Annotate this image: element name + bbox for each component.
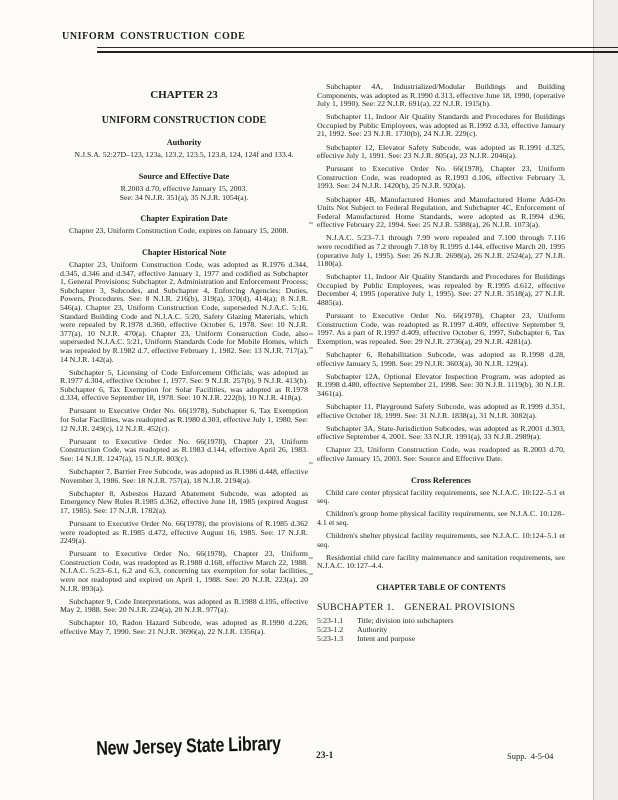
historical-note-paragraph: Chapter 23, Uniform Construction Code, w… [317,446,565,463]
running-header-title: UNIFORM CONSTRUCTION CODE [62,31,245,42]
historical-note-paragraph: Subchapter 4A, Industrialized/Modular Bu… [317,83,565,109]
authority-citation: N.J.S.A. 52:27D–123, 123a, 123.2, 123.5,… [60,151,308,160]
historical-note-paragraph: Subchapter 12, Elevator Safety Subcode, … [317,144,565,161]
historical-note-paragraph: Subchapter 11, Indoor Air Quality Standa… [317,113,565,139]
toc-entry: 5:23-1.2 Authority [317,625,565,634]
historical-note-paragraph: Subchapter 5, Licensing of Code Enforcem… [60,369,308,403]
authority-heading: Authority [60,138,308,147]
historical-note-paragraph: Pursuant to Executive Order No. 66(1978)… [60,438,308,464]
toc-entry: 5:23-1.1 Title; division into subchapter… [317,616,565,625]
historical-note-paragraph: Pursuant to Executive Order No. 66(1978)… [317,312,565,346]
historical-note-paragraph: Subchapter 3A, State-Jurisdiction Subcod… [317,425,565,442]
cross-reference-item: Child care center physical facility requ… [317,489,565,506]
subchapter-title: GENERAL PROVISIONS [404,602,515,613]
running-header: UNIFORM CONSTRUCTION CODE [0,0,593,53]
chapter-expiration-text: Chapter 23, Uniform Construction Code, e… [60,227,308,236]
two-column-body: CHAPTER 23 UNIFORM CONSTRUCTION CODE Aut… [60,83,566,643]
historical-note-paragraph: Subchapter 4B, Manufactured Homes and Ma… [317,196,565,230]
subchapter-1-heading: SUBCHAPTER 1.GENERAL PROVISIONS [317,602,565,613]
chapter-number-heading: CHAPTER 23 [60,89,308,101]
source-effective-date-heading: Source and Effective Date [60,172,308,181]
historical-note-paragraph: Subchapter 11, Indoor Air Quality Standa… [317,273,565,307]
header-rule [97,47,618,53]
historical-note-paragraph: Subchapter 7, Barrier Free Subcode, was … [60,468,308,485]
toc-entry-title: Authority [357,625,565,634]
cross-references-heading: Cross References [317,476,565,485]
right-column: Subchapter 4A, Industrialized/Modular Bu… [317,83,565,643]
cross-reference-item: Residential child care facility maintena… [317,554,565,571]
toc-entry-ref: 5:23-1.1 [317,616,357,625]
scan-artifact [309,462,313,464]
historical-note-paragraph: Subchapter 11, Playground Safety Subcode… [317,403,565,420]
historical-note-paragraph: Subchapter 8, Asbestos Hazard Abatement … [60,490,308,516]
chapter-expiration-heading: Chapter Expiration Date [60,214,308,223]
chapter-historical-note-heading: Chapter Historical Note [60,248,308,257]
scan-artifact [309,347,313,349]
toc-entry-title: Intent and purpose [357,634,565,643]
toc-entry-ref: 5:23-1.3 [317,634,357,643]
historical-note-paragraph: Subchapter 12A, Optional Elevator Inspec… [317,373,565,399]
chapter-toc-heading: CHAPTER TABLE OF CONTENTS [317,583,565,592]
page-number: 23-1 [316,751,333,761]
scan-artifact [309,222,313,224]
document-page: UNIFORM CONSTRUCTION CODE CHAPTER 23 UNI… [0,0,594,800]
historical-note-paragraph: Subchapter 10, Radon Hazard Subcode, was… [60,619,308,636]
library-ownership-stamp: New Jersey State Library [96,733,281,761]
toc-entry: 5:23-1.3 Intent and purpose [317,634,565,643]
source-see-line: See: 34 N.J.R. 351(a), 35 N.J.R. 1054(a)… [60,194,308,203]
scan-artifact [309,333,313,335]
historical-note-paragraph: N.J.A.C. 5:23–7.1 through 7.99 were repe… [317,234,565,268]
chapter-title-heading: UNIFORM CONSTRUCTION CODE [60,115,308,126]
cross-reference-item: Children's shelter physical facility req… [317,532,565,549]
toc-entry-ref: 5:23-1.2 [317,625,357,634]
subchapter-label: SUBCHAPTER 1. [317,602,394,613]
historical-note-paragraph: Pursuant to Executive Order No. 66(1978)… [60,407,308,433]
historical-note-paragraph: Pursuant to Executive Order No. 66(1978)… [317,165,565,191]
scan-artifact [309,557,313,559]
historical-note-paragraph: Chapter 23, Uniform Construction Code, w… [60,261,308,364]
historical-note-paragraph: Pursuant to Executive Order No. 66(1978)… [60,520,308,546]
supplement-date: Supp. 4-5-04 [507,751,553,761]
historical-note-paragraph: Subchapter 9, Code Interpretations, was … [60,598,308,615]
historical-note-paragraph: Pursuant to Executive Order No. 66(1978)… [60,550,308,593]
cross-reference-item: Children's group home physical facility … [317,510,565,527]
historical-note-paragraph: Subchapter 6, Rehabilitation Subcode, wa… [317,351,565,368]
scan-artifact [309,573,313,575]
toc-entry-title: Title; division into subchapters [357,616,565,625]
left-column: CHAPTER 23 UNIFORM CONSTRUCTION CODE Aut… [60,83,308,643]
